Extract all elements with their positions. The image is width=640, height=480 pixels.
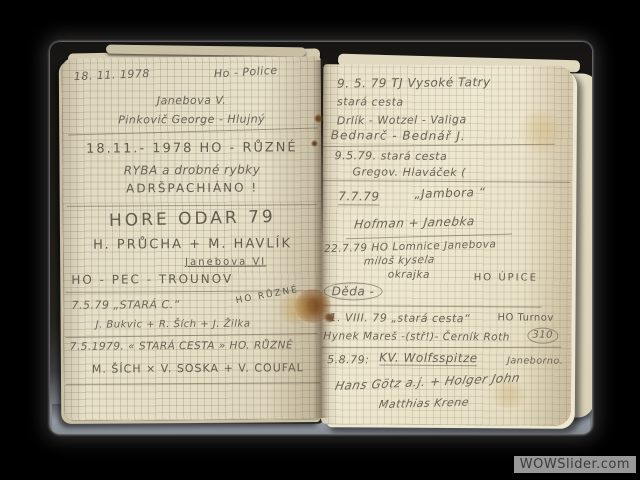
handwritten-route: KV. Wolfsspitze <box>379 352 478 367</box>
handwritten-line: ADRŠPACHIÁNO ! <box>63 181 322 195</box>
paper-stain <box>276 294 318 324</box>
handwritten-club: Janeborno. <box>507 356 563 366</box>
ink-stain <box>324 312 335 323</box>
handwritten-names: H. PRŮCHA + M. HAVLÍK <box>63 237 322 252</box>
handwritten-date: 9. 5. 79 TJ Vysoké Tatry <box>337 76 491 90</box>
paper-stain <box>518 110 566 152</box>
handwritten-names: Hofman + Janebka <box>354 215 476 230</box>
handwritten-names: Drlík - Wotzel - Valiga <box>337 114 467 126</box>
handwritten-line: okrajka <box>388 270 430 281</box>
handwritten-names: J. Bukvic + R. Ších + J. Žilka <box>96 320 251 331</box>
handwritten-line: miloš kysela <box>363 255 435 268</box>
handwritten-route: „Jambora “ <box>414 186 485 200</box>
ink-stain <box>311 140 318 147</box>
handwritten-signature: Matthias Krene <box>378 397 470 411</box>
handwritten-grade: 310 <box>527 328 558 344</box>
watermark-link[interactable]: WOWSlider.com <box>514 456 636 473</box>
ruled-line <box>66 333 318 338</box>
handwritten-names: Gregov. Hlaváček ( <box>352 166 466 178</box>
handwritten-date: 9.5.79. stará cesta <box>335 150 448 162</box>
handwritten-names: M. ŠÍCH × V. SOSKA + V. COUFAL <box>92 362 304 374</box>
handwritten-date: 22.7.79 HO Lomnice Janebova <box>324 239 497 254</box>
handwritten-date: 18. 11. 1978 <box>74 68 150 82</box>
handwritten-note: Děda - <box>324 282 383 300</box>
handwritten-route: stará cesta <box>337 96 404 107</box>
handwritten-location: HO Turnov <box>497 313 553 323</box>
ruled-line <box>321 347 561 348</box>
handwritten-date: 1. VIII. 79 „stará cesta“ <box>329 312 470 324</box>
paper-stain <box>488 382 530 408</box>
ruled-line <box>322 180 570 183</box>
ruled-line <box>323 144 555 147</box>
slider-stage: 18. 11. 1978 Ho - Police Janebova V. Pin… <box>0 0 640 480</box>
handwritten-line: RYBA a drobné rybky <box>62 163 321 177</box>
handwritten-entry-title: 18.11.- 1978 HO - RŮZNÉ <box>62 141 321 156</box>
handwritten-location: Ho - Police <box>214 65 278 80</box>
ruled-line <box>67 204 317 207</box>
handwritten-date: 5.8.79: <box>327 354 369 365</box>
handwritten-entry-title: HORE ODAR 79 <box>63 208 322 231</box>
ink-stain <box>314 114 323 123</box>
notebook-left-page: 18. 11. 1978 Ho - Police Janebova V. Pin… <box>62 56 324 421</box>
notebook-photo[interactable]: 18. 11. 1978 Ho - Police Janebova V. Pin… <box>50 42 592 434</box>
handwritten-name: Pinkovič George - Hlujný <box>62 113 321 126</box>
handwritten-entry-title: 7.5.1979. « STARÁ CESTA » HO. RŮZNÉ <box>70 340 293 352</box>
handwritten-date: 7.5.79 „STARÁ C.“ <box>71 299 180 311</box>
handwritten-name: Janebova V. <box>62 94 321 107</box>
ruled-line <box>68 128 318 136</box>
handwritten-date: 7.7.79 <box>338 190 379 205</box>
ruled-line <box>322 305 542 308</box>
handwritten-names: Bednarč - Bednář J. <box>331 129 466 142</box>
handwritten-location: HO ÚPICE <box>474 273 538 283</box>
ruled-line <box>66 382 320 385</box>
handwritten-names: Hynek Mareš -(stř!)- Černík Roth <box>323 331 510 343</box>
handwritten-route: HO - PEC - TROUNOV <box>71 273 233 286</box>
handwritten-name: Janebova VI <box>185 257 266 268</box>
